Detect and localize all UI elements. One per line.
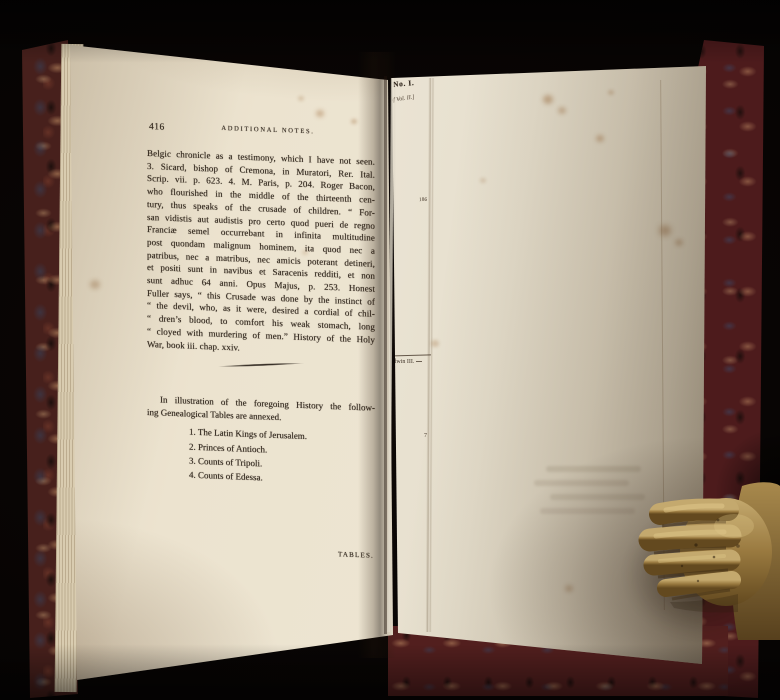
book-photo: 416 ADDITIONAL NOTES. Belgic chronicle a… [0, 0, 780, 700]
gutter-shadow [358, 52, 396, 658]
brass-hand-paperweight [626, 460, 780, 640]
foxing-spots [0, 0, 6, 5]
foxing-spots [0, 0, 6, 5]
